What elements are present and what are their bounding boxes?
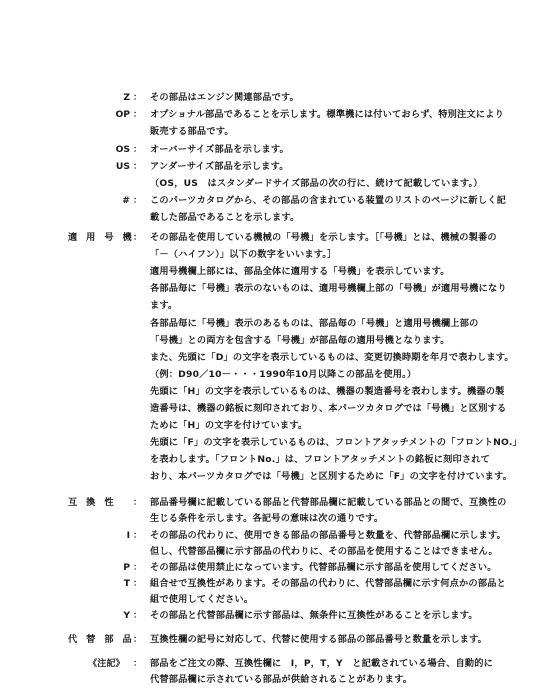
code-desc-us: アンダーサイズ部品を示します。	[150, 161, 289, 173]
compat-label-p: P	[90, 562, 130, 574]
code-desc-os: オーバーサイズ部品を示します。	[150, 144, 289, 156]
code-desc-op-cont: 販売する部品です。	[150, 126, 234, 138]
text-line: ために「H」の文字を付けています。	[150, 420, 307, 432]
colon: ：	[133, 144, 142, 156]
section-label-compat: 互換性	[68, 497, 123, 509]
compat-label-i: I	[90, 530, 130, 542]
compat-desc-t-cont: 組で使用してください。	[150, 594, 253, 606]
text-line: ます。	[150, 300, 177, 312]
code-label-us: US	[90, 161, 130, 173]
colon: ：	[133, 562, 142, 574]
colon: ：	[133, 634, 142, 646]
text-line: 各部品毎に「号機」表示のないものは、適用号機欄上部の「号機」が適用号機になり	[150, 283, 507, 295]
text-line: 「－（ハイフン）」以下の数字をいいます。］	[150, 249, 337, 261]
text-line: 先頭に「F」の文字を表示しているものは、フロントアタッチメントの「フロントNO.…	[150, 437, 522, 449]
text-line: また、先頭に「D」の文字を表示しているものは、変更切換時期を年月で表わします。	[150, 352, 514, 364]
text-line: （例：D90／10－・・・1990年10月以降この部品を使用。）	[150, 369, 416, 381]
text-line: その部品を使用している機械の「号機」を示します。［「号機」とは、機械の製番の	[150, 232, 497, 244]
colon: ：	[133, 658, 142, 670]
colon: ：	[133, 92, 142, 104]
colon: ：	[133, 578, 142, 590]
text-line: 「号機」との両方を包含する「号機」が部品毎の適用号機となります。	[150, 335, 450, 347]
compat-label-y: Y	[90, 610, 130, 622]
text-line: 生じる条件を示します。各記号の意味は次の通りです。	[150, 513, 383, 525]
colon: ：	[133, 232, 142, 244]
substitute-desc: 互換性欄の記号に対応して、代替に使用する部品の部品番号と数量を示します。	[150, 634, 487, 646]
compat-label-t: T	[90, 578, 130, 590]
text-line: 造番号は、機器の銘板に刻印されており、本パーツカタログでは「号機」と区別する	[150, 403, 506, 415]
note-desc-cont: 代替部品欄に示されている部品が供給されることがあります。	[150, 674, 412, 686]
text-line: おり、本パーツカタログでは「号機」と区別するために「F」の文字を付けています。	[150, 471, 512, 483]
compat-desc-p: その部品は使用禁止になっています。代替部品欄に示す部品を使用してください。	[150, 562, 497, 574]
colon: ：	[133, 497, 142, 509]
compat-desc-i-cont: 但し、代替部品欄に示す部品の代わりに、その部品を使用することはできません。	[150, 546, 498, 558]
code-desc-z: その部品はエンジン関連部品です。	[150, 92, 299, 104]
text-line: 適用号機欄上部には、部品全体に適用する「号機」を表示しています。	[150, 266, 450, 278]
text-line: 各部品毎に「号機」表示のあるものは、部品毎の「号機」と適用号機欄上部の	[150, 318, 479, 330]
colon: ：	[133, 195, 142, 207]
code-label-hash: #	[90, 195, 130, 207]
section-label-substitute: 代替部品	[68, 634, 141, 646]
compat-desc-y: その部品と代替部品欄に示す部品は、無条件に互換性があることを示します。	[150, 610, 478, 622]
code-desc-us-note: （OS，US はスタンダードサイズ部品の次の行に、続けて記載しています。）	[150, 178, 483, 190]
section-label-applicable: 適用号機	[68, 232, 141, 244]
note-label: 《注記》	[88, 658, 125, 670]
text-line: 先頭に「H」の文字を表示しているものは、機器の製造番号を表わします。機器の製	[150, 386, 505, 398]
text-line: 部品番号欄に記載している部品と代替部品欄に記載している部品との間で、互換性の	[150, 497, 507, 509]
compat-desc-t: 組合せで互換性があります。その部品の代わりに、代替部品欄に示す何点かの部品と	[150, 578, 506, 590]
colon: ：	[133, 109, 142, 121]
colon: ：	[133, 530, 142, 542]
note-desc: 部品をご注文の際、互換性欄に I，P，T，Y と記載されている場合、自動的に	[150, 658, 493, 670]
code-label-z: Z	[90, 92, 130, 104]
text-line: を表わします。「フロントNo.」は、フロントアタッチメントの銘板に刻印されて	[150, 454, 490, 466]
code-desc-hash-cont: 載した部品であることを示します。	[150, 212, 299, 224]
code-label-op: OP	[90, 109, 130, 121]
code-desc-hash: このパーツカタログから、その部品の含まれている装置のリストのページに新しく記	[150, 195, 506, 207]
code-label-os: OS	[90, 144, 130, 156]
colon: ：	[133, 161, 142, 173]
colon: ：	[133, 610, 142, 622]
code-desc-op: オプショナル部品であることを示します。標準機には付いておらず、特別注文により	[150, 109, 504, 121]
compat-desc-i: その部品の代わりに、使用できる部品の部品番号と数量を、代替部品欄に示します。	[150, 530, 506, 542]
